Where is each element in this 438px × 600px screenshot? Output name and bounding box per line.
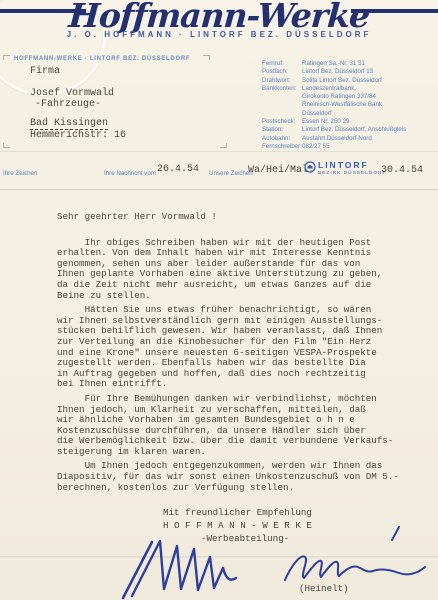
sender-return-line: HOFFMANN-WERKE · LINTORF BEZ. DÜSSELDORF	[14, 56, 190, 62]
recipient-city: Bad Kissingen	[30, 118, 108, 130]
signature-left	[132, 541, 236, 596]
info-value: Lintorf Bez. Düsseldorf 15	[302, 68, 373, 76]
closing-block: Mit freundlicher Empfehlung H O F F M A …	[163, 506, 312, 545]
closing-department: -Werbeabteilung-	[163, 532, 312, 545]
info-label: Fernruf:	[262, 60, 302, 68]
window-corner-mark	[220, 143, 227, 148]
info-label: Bankkonten:	[262, 85, 302, 118]
letter-body: Sehr geehrter Herr Vormwald ! Ihr obiges…	[57, 212, 407, 497]
info-value: Lintorf Bez. Düsseldorf, Anschlußgleis	[302, 126, 406, 134]
info-label: Postfach:	[262, 68, 302, 76]
info-label: Postscheck:	[262, 118, 302, 126]
signature-left	[123, 542, 152, 598]
closing-company: H O F F M A N N - W E R K E	[163, 519, 312, 532]
recipient-address: Firma Josef Vormwald -Fahrzeuge- Bad Kis…	[30, 66, 126, 141]
place-subline: BEZIRK DÜSSELDORF	[318, 171, 386, 176]
recipient-firm: Firma	[30, 66, 126, 77]
recipient-street: Hemmerichstr: 16	[30, 130, 126, 141]
letter-date: 30.4.54	[381, 165, 423, 176]
your-message-label: Ihre Nachricht vom	[104, 170, 156, 177]
paragraph-2: Hätten Sie uns etwas früher benachrichti…	[57, 305, 407, 390]
info-value: Landeszentralbank, Girokonto Ratingen 33…	[302, 85, 382, 118]
our-ref-label: Unsere Zeichen	[209, 170, 253, 177]
paper-crease	[0, 556, 438, 560]
info-value: Solifa Lintorf Bez. Düsseldorf	[302, 77, 382, 85]
info-value: Essen Nr. 250 29	[302, 118, 349, 126]
signer-name: (Heinelt)	[299, 583, 349, 594]
info-label: Drahtwort:	[262, 77, 302, 85]
paper-crease	[0, 151, 438, 153]
company-subtitle: J. O. HOFFMANN · LINTORF BEZ. DÜSSELDORF	[0, 30, 438, 39]
closing-greeting: Mit freundlicher Empfehlung	[163, 506, 312, 519]
contact-info-block: Fernruf:Ratingen Sa.-Nr. 31 51 Postfach:…	[262, 60, 438, 151]
info-label: Station:	[262, 126, 302, 134]
lintorf-crest-icon	[304, 160, 316, 178]
paper-crease	[0, 189, 438, 191]
paragraph-3: Für Ihre Bemühungen danken wir verbindli…	[57, 394, 407, 458]
info-label: Autobahn:	[262, 135, 302, 143]
paragraph-1: Ihr obiges Schreiben haben wir mit der h…	[57, 238, 407, 302]
letter-page: Hoffmann-Werke J. O. HOFFMANN · LINTORF …	[0, 0, 438, 600]
window-corner-mark	[3, 55, 10, 60]
info-value: Ausfahrt Düsseldorf-Nord	[302, 135, 372, 143]
info-value: 082/27 55	[302, 143, 330, 151]
signature-right-accent	[392, 527, 399, 540]
recipient-name: Josef Vormwald	[30, 88, 126, 99]
recipient-descriptor: -Fahrzeuge-	[30, 99, 126, 110]
place-date-block: LINTORF BEZIRK DÜSSELDORF	[318, 160, 386, 176]
info-label: Fernschreiber:	[262, 143, 302, 151]
window-corner-mark	[203, 55, 210, 60]
window-corner-mark	[3, 143, 10, 148]
your-ref-label: Ihre Zeichen	[3, 170, 37, 177]
signature-right	[285, 556, 425, 580]
place-name: LINTORF	[318, 160, 386, 170]
paragraph-4: Um Ihnen jedoch entgegenzukommen, werden…	[57, 461, 407, 493]
salutation: Sehr geehrter Herr Vormwald !	[57, 212, 407, 223]
info-value: Ratingen Sa.-Nr. 31 51	[302, 60, 365, 68]
your-message-date: 26.4.54	[157, 164, 199, 175]
